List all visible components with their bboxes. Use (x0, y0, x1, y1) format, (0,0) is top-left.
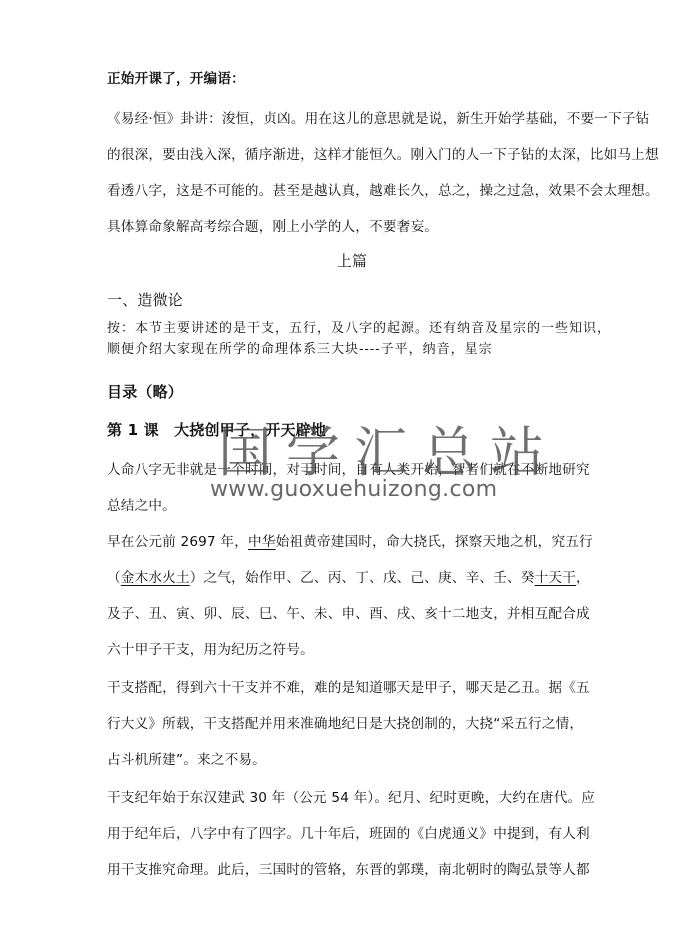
paragraph-line: 占斗机所建”。来之不易。 (107, 748, 266, 768)
paragraph-line: （金木水火土）之气，始作甲、乙、丙、丁、戊、己、庚、辛、壬、癸十天干， (107, 566, 590, 586)
intro-line: 的很深，要由浅入深，循序渐进，这样才能恒久。刚入门的人一下子钻的太深，比如马上想 (107, 143, 659, 163)
toc-heading: 目录（略） (107, 381, 183, 402)
part-title: 上篇 (107, 250, 597, 271)
underlined-term: 金木水火土 (121, 570, 190, 586)
text-segment: ）之气，始作甲、乙、丙、丁、戊、己、庚、辛、壬、癸 (190, 570, 535, 586)
paragraph-line: 用干支推究命理。此后，三国时的管辂，东晋的郭璞，南北朝时的陶弘景等人都 (107, 858, 590, 878)
intro-heading: 正始开课了，开编语： (107, 67, 245, 87)
paragraph-line: 行大义》所载，干支搭配并用来准确地纪日是大挠创制的，大挠“采五行之情， (107, 712, 583, 732)
paragraph-line: 用于纪年后，八字中有了四字。几十年后，班固的《白虎通义》中提到，有人利 (107, 822, 590, 842)
section-note-line: 按：本节主要讲述的是干支，五行，及八字的起源。还有纳音及星宗的一些知识， (107, 317, 611, 336)
watermark-url: www.guoxuehuizong.com (210, 477, 497, 502)
paragraph-line: 早在公元前 2697 年，中华始祖黄帝建国时，命大挠氏，探察天地之机，究五行 (107, 530, 593, 550)
section-note-line: 顺便介绍大家现在所学的命理体系三大块----子平，纳音，星宗 (107, 338, 493, 357)
section-title: 一、造微论 (107, 289, 183, 310)
intro-line: 《易经·恒》卦讲：浚恒，贞凶。用在这儿的意思就是说，新生开始学基础，不要一下子钻 (107, 107, 649, 127)
text-segment: ， (576, 570, 590, 586)
underlined-term: 十天干 (535, 570, 576, 586)
watermark-site-name: 国学汇总站 (218, 410, 558, 487)
intro-line: 看透八字，这是不可能的。甚至是越认真，越难长久，总之，操之过急，效果不会太理想。 (107, 179, 659, 199)
paragraph-line: 及子、丑、寅、卯、辰、巳、午、未、申、酉、戌、亥十二地支，并相互配合成 (107, 602, 590, 622)
text-segment: （ (107, 570, 121, 586)
text-segment: 早在公元前 2697 年， (107, 534, 248, 550)
paragraph-line: 六十甲子干支，用为纪历之符号。 (107, 638, 314, 658)
intro-line: 具体算命象解高考综合题，刚上小学的人，不要奢妄。 (107, 215, 438, 235)
text-segment: 始祖黄帝建国时，命大挠氏，探察天地之机，究五行 (276, 534, 593, 550)
underlined-term: 中华 (248, 534, 276, 550)
paragraph-line: 总结之中。 (107, 494, 176, 514)
paragraph-line: 干支纪年始于东汉建武 30 年（公元 54 年）。纪月、纪时更晚，大约在唐代。应 (107, 786, 595, 806)
paragraph-line: 干支搭配，得到六十干支并不难，难的是知道哪天是甲子，哪天是乙丑。据《五 (107, 676, 590, 696)
